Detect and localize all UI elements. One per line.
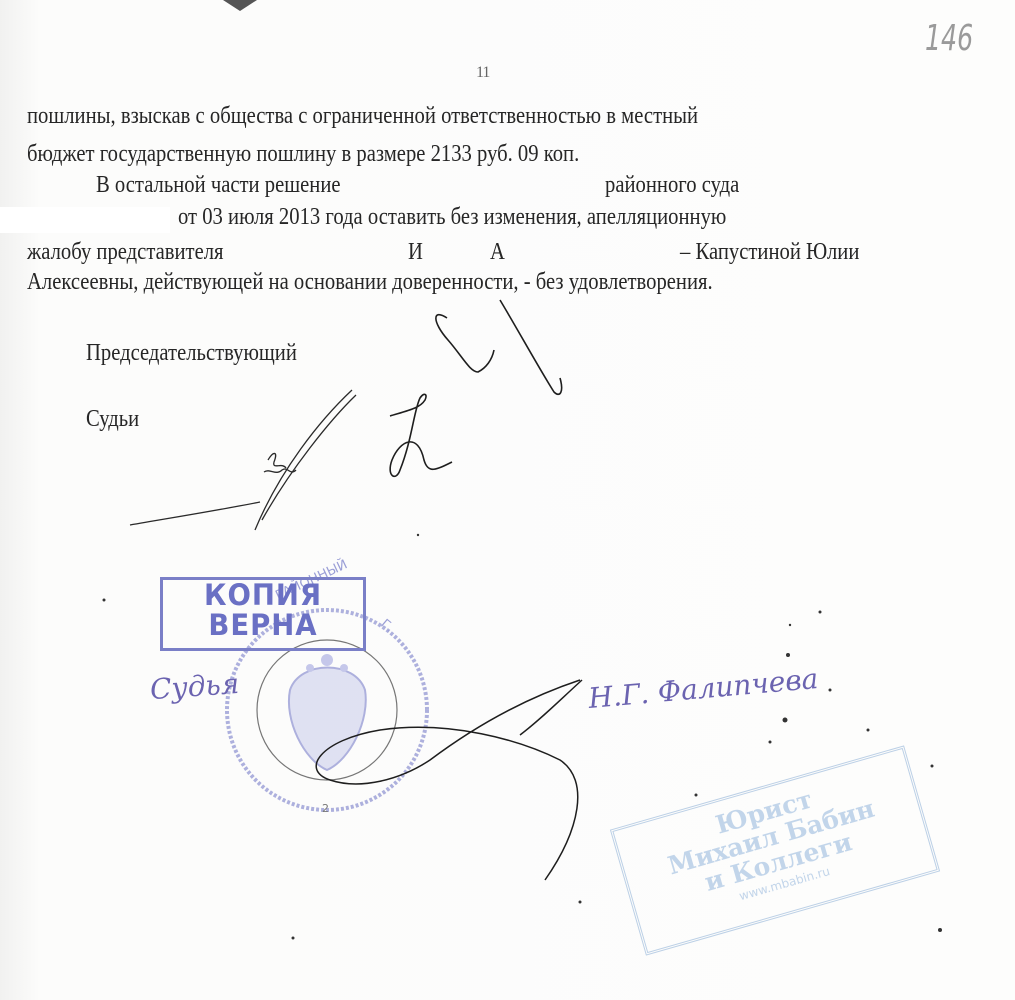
judge-signature-2 [390,394,452,476]
handwritten-sheet-number: 146 [925,18,973,59]
body-line-5-start: жалобу представителя [27,238,224,266]
initial-a: А [490,238,505,266]
scan-artifact [223,0,257,11]
body-line-2: бюджет государственную пошлину в размере… [27,140,579,168]
stamp-line-2: ВЕРНА [168,610,358,640]
body-line-1: пошлины, взыскав с общества с ограниченн… [27,102,698,130]
redaction-block [0,207,170,233]
judges-label: Судьи [86,406,139,433]
initial-i: И [408,238,423,266]
handwritten-signer-name: Н.Г. Фалипчева [587,662,819,715]
body-line-3-court: районного суда [605,171,739,199]
stamp-line-1: КОПИЯ [168,580,358,610]
watermark-stamp: Юрист Михаил Бабин и Коллеги www.mbabin.… [610,745,940,955]
judge-signature-1 [130,390,356,530]
body-line-5-end: – Капустиной Юлии [680,238,859,266]
body-line-4: от 03 июля 2013 года оставить без измене… [178,203,726,231]
certifying-signature [316,680,582,880]
presiding-signature [436,300,562,394]
handwritten-judge-label: Судья [149,667,240,706]
body-line-3-start: В остальной части решение [96,171,341,199]
seal-number: 2 [322,802,329,815]
body-line-6: Алексеевны, действующей на основании дов… [27,268,713,296]
document-page: 11 146 пошлины, взыскав с общества с огр… [0,0,1015,1000]
copy-certified-stamp: КОПИЯ ВЕРНА [160,577,366,651]
seal-text-city: Г. [377,617,396,636]
presiding-label: Председательствующий [86,340,297,367]
page-number: 11 [476,64,489,82]
